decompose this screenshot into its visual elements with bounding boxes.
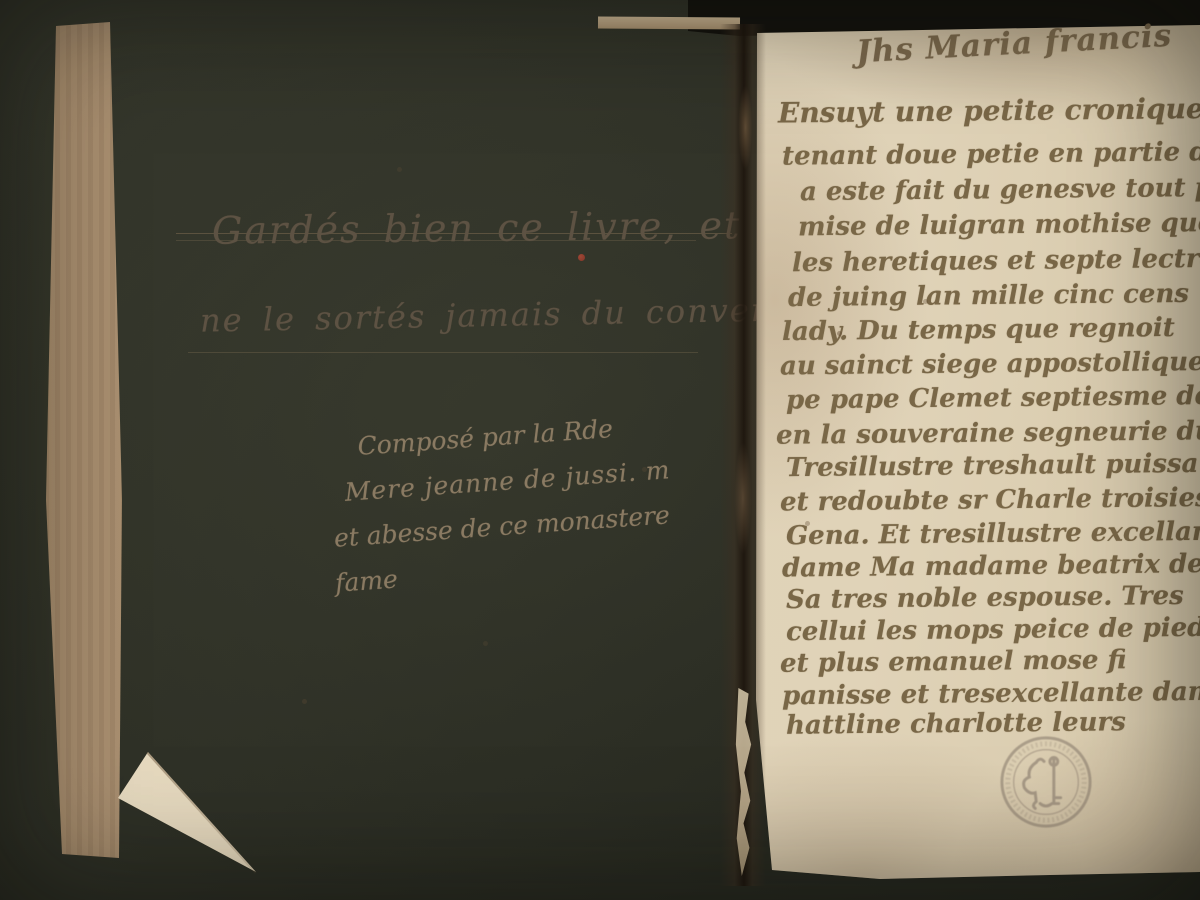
manuscript-line: Ensuyt une petite cronique co	[778, 92, 1200, 130]
ruled-guide-line	[188, 352, 698, 353]
manuscript-line: en la souveraine segneurie duchee d	[776, 415, 1200, 451]
manuscript-line: pe pape Clemet septiesme de ce	[786, 381, 1200, 416]
manuscript-line: dame Ma madame beatrix de por	[782, 548, 1200, 583]
manuscript-line: Gena. Et tresillustre excellan	[786, 517, 1200, 551]
manuscript-line: mise de luigran mothise que p	[798, 208, 1200, 243]
double-eagle-and-key-icon	[1024, 758, 1061, 809]
manuscript-photo: Gardés bien ce livre, et ne le sortés ja…	[0, 0, 1200, 900]
manuscript-line: panisse et tresexcellante dam	[782, 677, 1200, 712]
manuscript-line: Sa tres noble espouse. Tres	[786, 581, 1184, 615]
inscription-line: Gardés bien ce livre, et	[212, 203, 742, 253]
manuscript-line: de juing lan mille cinc cens	[788, 279, 1189, 313]
library-stamp	[997, 733, 1095, 831]
manuscript-line: Tresillustre treshault puissa	[786, 449, 1199, 483]
paper-specks	[0, 0, 3, 3]
manuscript-line: et redoubte sr Charle troisiesme	[780, 483, 1200, 518]
manuscript-line: et plus emanuel mose fi	[780, 645, 1127, 679]
manuscript-line: au sainct siege appostollique Sa	[780, 347, 1200, 382]
red-ink-dot	[578, 254, 585, 261]
manuscript-line: a este fait du genesve tout po	[800, 173, 1200, 208]
manuscript-line: cellui les mops peice de pied	[786, 613, 1200, 647]
manuscript-line: les heretiques et septe lectres	[792, 244, 1200, 279]
manuscript-line: tenant doue petie en partie de ce q	[782, 136, 1200, 171]
manuscript-line: lady. Du temps que regnoit	[782, 313, 1175, 347]
ownership-note: Composé par la Rde Mere jeanne de jussi.…	[324, 402, 678, 605]
